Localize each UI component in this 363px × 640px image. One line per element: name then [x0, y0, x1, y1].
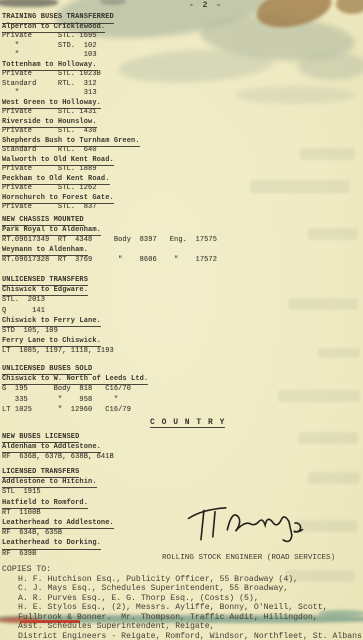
- fleet-row: RT 1100B: [2, 508, 114, 518]
- green-stain: [117, 46, 273, 86]
- copies-line: Asst. Schedules Superintendent, Reigate,: [2, 622, 362, 632]
- green-stain: [298, 52, 363, 80]
- copies-line: A. R. Purves Esq., E. G. Thorp Esq., (Co…: [2, 594, 362, 604]
- copies-line: C. J. Mays Esq., Schedules Superintenden…: [2, 584, 362, 594]
- chassis-row: RT.09617349 RT 4348 Body 8397 Eng. 17575: [2, 235, 217, 245]
- copies-line: Fullbrook & Bonner. Mr. Thompson, Traffi…: [2, 613, 362, 623]
- signoff-title: ROLLING STOCK ENGINEER (ROAD SERVICES): [162, 554, 335, 562]
- country-heading: C O U N T R Y: [150, 418, 225, 428]
- fleet-row: RF 639B: [2, 549, 114, 559]
- signature-handwriting: [183, 494, 323, 557]
- copies-label: COPIES TO:: [2, 565, 362, 575]
- section-training-buses-transferred: TRAINING BUSES TRANSFERRED Alperton to C…: [2, 13, 140, 213]
- section-new-buses-licensed: NEW BUSES LICENSED Aldenham to Addleston…: [2, 432, 114, 462]
- copies-to-block: COPIES TO: H. F. Hutchison Esq., Publici…: [2, 565, 362, 640]
- page-number: - 2 -: [189, 1, 223, 10]
- document-page: - 2 - TRAINING BUSES TRANSFERRED Alperto…: [0, 0, 363, 640]
- fleet-row: RF 634B, 635B: [2, 528, 114, 538]
- fleet-row: Private STL. 1262: [2, 184, 140, 194]
- sold-row: 335 " 958 ": [2, 395, 148, 405]
- fleet-row: STL. 2013: [2, 295, 114, 305]
- brown-stain: [336, 0, 363, 14]
- section-licensed-transfers: LICENSED TRANSFERS Addlestone to Hitchin…: [2, 467, 114, 559]
- fleet-row: Private STL. 1023B: [2, 70, 140, 80]
- fleet-row: STL 1915: [2, 487, 114, 497]
- section-unlicensed-buses-sold: UNLICENSED BUSES SOLD Chiswick to W. Nor…: [2, 364, 148, 415]
- section-new-chassis-mounted: NEW CHASSIS MOUNTED Park Royal to Aldenh…: [2, 215, 217, 265]
- fleet-row: Q 141: [2, 306, 114, 316]
- fleet-row: Private STL. 430: [2, 127, 140, 137]
- fleet-row: Private STL. 1431: [2, 108, 140, 118]
- copies-line: H. E. Stylos Esq., (2), Messrs. Ayliffe,…: [2, 603, 362, 613]
- route-heading: Leatherhead to Dorking.: [2, 538, 101, 549]
- sold-row: G 195 Body 818 C16/70: [2, 384, 148, 394]
- fleet-row: Standard RTL. 640: [2, 146, 140, 156]
- copies-line: District Engineers - Reigate, Romford, W…: [2, 632, 362, 640]
- green-stain: [235, 86, 355, 104]
- brown-stain: [253, 0, 335, 34]
- chassis-row: RT.09617328 RT 3769 " 8606 " 17572: [2, 255, 217, 265]
- section-unlicensed-transfers: UNLICENSED TRANSFERS Chiswick to Edgware…: [2, 275, 114, 357]
- fleet-row: Private STL. 1695: [2, 32, 140, 42]
- fleet-row: " STD. 102: [2, 42, 140, 52]
- dark-smudge: [0, 0, 58, 7]
- fleet-row: Private STL. 1889: [2, 165, 140, 175]
- fleet-row: Private STL. 837: [2, 203, 140, 213]
- copies-line: H. F. Hutchison Esq., Publicity Officer,…: [2, 575, 362, 585]
- sold-row: LT 1025 " 12960 C16/79: [2, 405, 148, 415]
- green-stain: [199, 11, 357, 66]
- fleet-row: RF 636B, 637B, 638B, 641B: [2, 452, 114, 462]
- fleet-row: Standard RTL. 312: [2, 80, 140, 90]
- fleet-row: LT 1085, 1197, 1118, 1193: [2, 346, 114, 356]
- dark-smudge: [100, 0, 126, 5]
- fleet-row: STD 105, 109: [2, 326, 114, 336]
- fleet-row: " 313: [2, 89, 140, 99]
- fleet-row: " 103: [2, 51, 140, 61]
